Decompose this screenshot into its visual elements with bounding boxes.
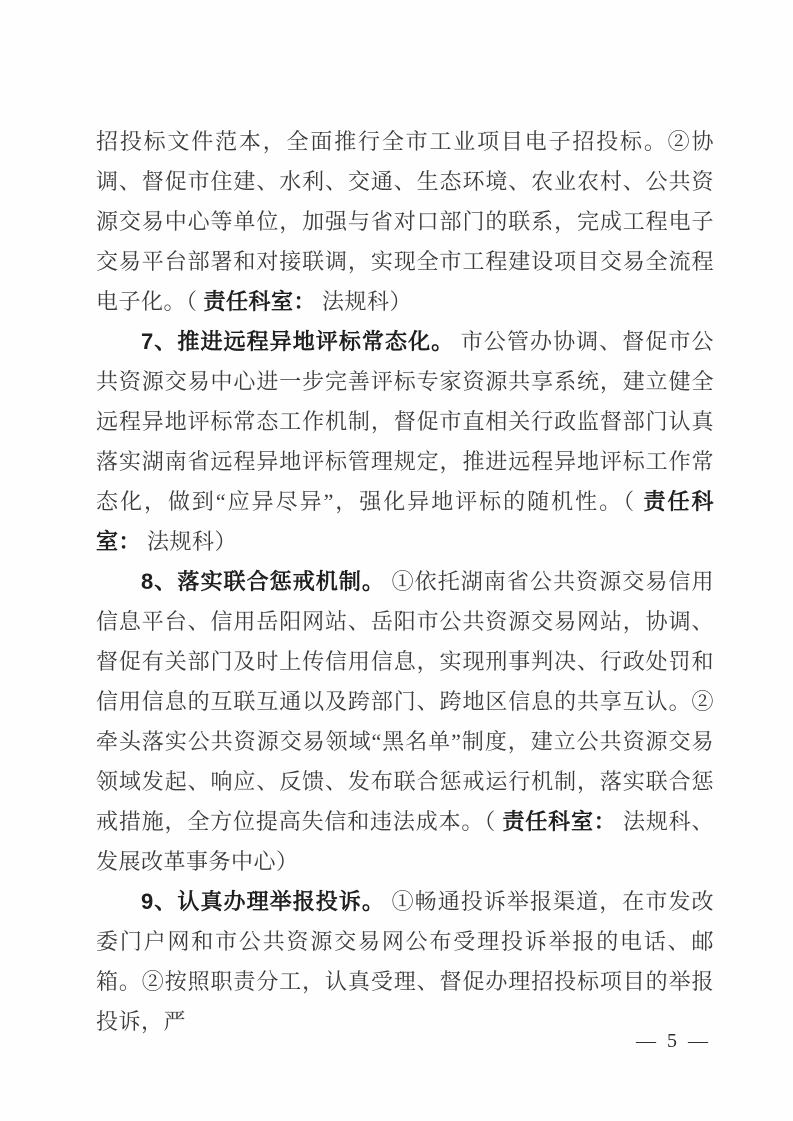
item-8-body-text: ①依托湖南省公共资源交易信用信息平台、信用岳阳网站、岳阳市公共资源交易网站，协调… <box>96 569 714 834</box>
body-text: 招投标文件范本，全面推行全市工业项目电子招投标。②协调、督促市住建、水利、交通、… <box>96 129 714 314</box>
page-number: — 5 — <box>636 1026 756 1056</box>
document-body: 招投标文件范本，全面推行全市工业项目电子招投标。②协调、督促市住建、水利、交通、… <box>96 122 714 1042</box>
item-7-heading: 7、推进远程异地评标常态化。 <box>141 329 454 354</box>
paragraph-item-9: 9、认真办理举报投诉。 ①畅通投诉举报渠道，在市发改委门户网和市公共资源交易网公… <box>96 882 714 1042</box>
responsible-dept-value: 法规科） <box>322 289 412 314</box>
item-9-heading: 9、认真办理举报投诉。 <box>141 889 385 914</box>
responsible-dept-value: 法规科） <box>147 529 237 554</box>
responsible-dept-label: 责任科室： <box>502 809 616 834</box>
paragraph-continuation: 招投标文件范本，全面推行全市工业项目电子招投标。②协调、督促市住建、水利、交通、… <box>96 122 714 322</box>
responsible-dept-label: 责任科室： <box>204 289 317 314</box>
item-7-body-text: 市公管办协调、督促市公共资源交易中心进一步完善评标专家资源共享系统，建立健全远程… <box>96 329 714 514</box>
paragraph-item-8: 8、落实联合惩戒机制。 ①依托湖南省公共资源交易信用信息平台、信用岳阳网站、岳阳… <box>96 562 714 882</box>
paragraph-item-7: 7、推进远程异地评标常态化。 市公管办协调、督促市公共资源交易中心进一步完善评标… <box>96 322 714 562</box>
document-page: 招投标文件范本，全面推行全市工业项目电子招投标。②协调、督促市住建、水利、交通、… <box>0 0 793 1121</box>
item-8-heading: 8、落实联合惩戒机制。 <box>141 569 385 594</box>
